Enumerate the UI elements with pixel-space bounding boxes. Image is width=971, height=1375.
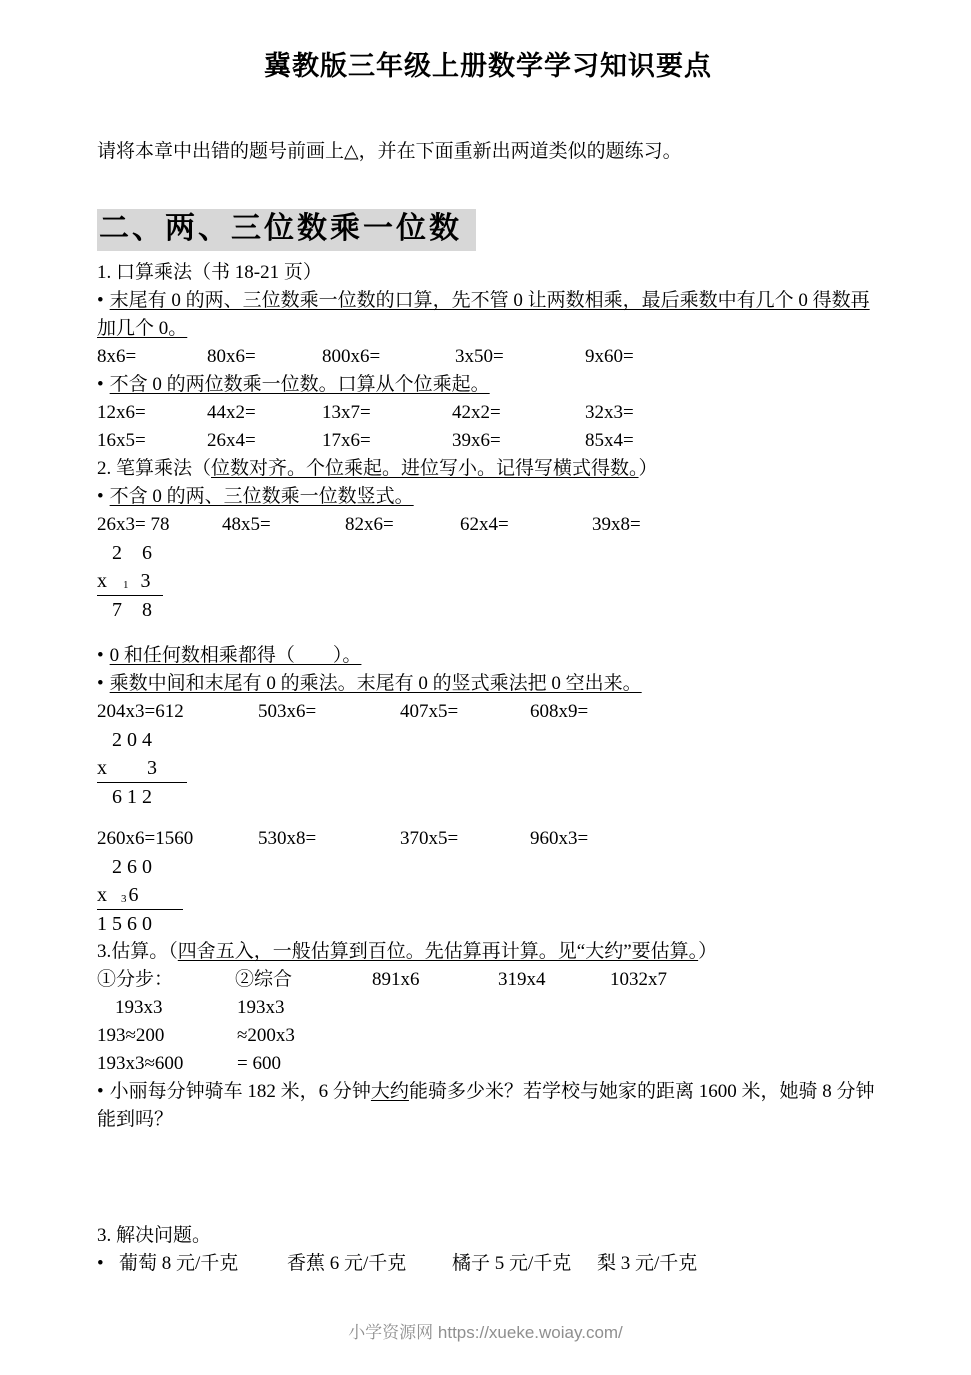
estimate-cell: 891x6 — [372, 966, 498, 994]
equation-cell: 407x5= — [400, 698, 530, 726]
equation-cell: 39x8= — [592, 511, 641, 539]
equation-cell: 44x2= — [207, 399, 322, 427]
estimate-cell: 1032x7 — [610, 966, 667, 994]
worksheet-page: 冀教版三年级上册数学学习知识要点 请将本章中出错的题号前画上△，并在下面重新出两… — [0, 0, 971, 1278]
estimate-cell: = 600 — [237, 1050, 281, 1078]
equation-cell: 42x2= — [452, 399, 585, 427]
estimate-header-row: ①分步： ②综合 891x6 319x4 1032x7 — [97, 966, 879, 994]
oral-equation-row-1: 8x6= 80x6= 800x6= 3x50= 9x60= — [97, 343, 879, 371]
oral-note-trailing-zeros-text: 末尾有 0 的两、三位数乘一位数的口算，先不管 0 让两数相乘，最后乘数中有几个… — [97, 290, 870, 339]
vert-multiplier-row: x3 — [97, 754, 187, 783]
fruit-price-item: 葡萄 8 元/千克 — [119, 1250, 287, 1278]
bullet-icon: • — [97, 673, 104, 694]
equation-cell: 260x6=1560 — [97, 825, 258, 853]
equation-cell: 48x5= — [222, 511, 345, 539]
oral-equation-row-2: 12x6= 44x2= 13x7= 42x2= 32x3= — [97, 399, 879, 427]
written-equation-row-2: 204x3=612 503x6= 407x5= 608x9= — [97, 698, 879, 726]
bullet-icon: • — [97, 290, 104, 311]
multiply-sign: x — [97, 754, 107, 782]
bullet-icon: • — [97, 1081, 104, 1102]
estimate-heading-suffix: ） — [698, 941, 717, 962]
written-heading-suffix: ） — [639, 458, 658, 479]
word-problem-pre: 小丽每分钟骑车 182 米，6 分钟 — [110, 1081, 371, 1102]
vert-multiplicand: 2 0 4 — [97, 726, 187, 754]
written-heading-rule: 位数对齐。个位乘起。进位写小。记得写横式得数。 — [211, 458, 639, 479]
estimate-cell: 193≈200 — [97, 1022, 237, 1050]
vert-multiplicand: 2 6 0 — [97, 853, 183, 881]
equation-cell: 26x4= — [207, 427, 322, 455]
carry-digit: 3 — [121, 889, 127, 909]
equation-cell: 32x3= — [585, 399, 634, 427]
equation-cell: 3x50= — [455, 343, 585, 371]
estimate-cell: ②综合 — [235, 966, 372, 994]
fruit-price-item: 香蕉 6 元/千克 — [287, 1250, 452, 1278]
oral-equation-row-3: 16x5= 26x4= 17x6= 39x6= 85x4= — [97, 427, 879, 455]
section-content: 1. 口算乘法（书 18-21 页） •末尾有 0 的两、三位数乘一位数的口算，… — [97, 259, 879, 1278]
fruit-price-row: • 葡萄 8 元/千克 香蕉 6 元/千克 橘子 5 元/千克 梨 3 元/千克 — [97, 1250, 879, 1278]
equation-cell: 370x5= — [400, 825, 530, 853]
written-note-vertical-text: 不含 0 的两、三位数乘一位数竖式。 — [110, 486, 414, 507]
estimate-cell: ①分步： — [97, 966, 235, 994]
equation-cell: 82x6= — [345, 511, 460, 539]
word-problem-underlined: 大约 — [371, 1081, 409, 1102]
equation-cell: 26x3= 78 — [97, 511, 222, 539]
equation-cell: 13x7= — [322, 399, 452, 427]
equation-cell: 62x4= — [460, 511, 592, 539]
equation-cell: 8x6= — [97, 343, 207, 371]
written-note-middle-zero-text: 乘数中间和末尾有 0 的乘法。末尾有 0 的竖式乘法把 0 空出来。 — [110, 673, 642, 694]
equation-cell: 17x6= — [322, 427, 452, 455]
vertical-multiplication-204x3: 2 0 4 x3 6 1 2 — [97, 726, 187, 811]
vert-multiplier: 3 — [141, 567, 151, 595]
vert-product: 6 1 2 — [97, 783, 187, 811]
written-heading-prefix: 2. 笔算乘法（ — [97, 458, 211, 479]
vert-product: 1 5 6 0 — [97, 910, 183, 938]
oral-note-no-zero: •不含 0 的两位数乘一位数。口算从个位乘起。 — [97, 371, 879, 399]
intro-text: 请将本章中出错的题号前画上△，并在下面重新出两道类似的题练习。 — [97, 138, 879, 166]
written-equation-row-3: 260x6=1560 530x8= 370x5= 960x3= — [97, 825, 879, 853]
vert-multiplier: 3 — [147, 754, 157, 782]
written-note-vertical: •不含 0 的两、三位数乘一位数竖式。 — [97, 483, 879, 511]
equation-cell: 800x6= — [322, 343, 455, 371]
multiply-sign: x — [97, 567, 107, 595]
estimate-heading-rule: 四舍五入，一般估算到百位。先估算再计算。见“大约”要估算。 — [178, 941, 698, 962]
written-heading: 2. 笔算乘法（位数对齐。个位乘起。进位写小。记得写横式得数。） — [97, 455, 879, 483]
equation-cell: 204x3=612 — [97, 698, 258, 726]
bullet-icon: • — [97, 1250, 113, 1278]
oral-note-no-zero-text: 不含 0 的两位数乘一位数。口算从个位乘起。 — [110, 374, 490, 395]
estimate-cell: 193x3 — [237, 994, 285, 1022]
estimate-cell: 193x3≈600 — [97, 1050, 237, 1078]
vertical-multiplication-260x6: 2 6 0 x36 1 5 6 0 — [97, 853, 183, 938]
fruit-price-item: 梨 3 元/千克 — [597, 1250, 697, 1278]
bullet-icon: • — [97, 486, 104, 507]
estimate-heading: 3.估算。（四舍五入，一般估算到百位。先估算再计算。见“大约”要估算。） — [97, 938, 879, 966]
equation-cell: 608x9= — [530, 698, 588, 726]
section-header: 二、两、三位数乘一位数 — [97, 209, 476, 251]
equation-cell: 9x60= — [585, 343, 634, 371]
equation-cell: 12x6= — [97, 399, 207, 427]
estimate-cell: 193x3 — [97, 994, 237, 1022]
footer-watermark: 小学资源网 https://xueke.woiay.com/ — [0, 1318, 971, 1343]
vert-product: 7 8 — [97, 596, 163, 624]
estimate-cell: 319x4 — [498, 966, 610, 994]
vert-multiplier-row: x13 — [97, 567, 163, 596]
written-equation-row-1: 26x3= 78 48x5= 82x6= 62x4= 39x8= — [97, 511, 879, 539]
estimate-heading-prefix: 3.估算。（ — [97, 941, 178, 962]
equation-cell: 39x6= — [452, 427, 585, 455]
vert-multiplicand: 2 6 — [97, 539, 163, 567]
equation-cell: 85x4= — [585, 427, 634, 455]
estimate-work-row-2: 193≈200 ≈200x3 — [97, 1022, 879, 1050]
equation-cell: 530x8= — [258, 825, 400, 853]
estimate-word-problem: •小丽每分钟骑车 182 米，6 分钟大约能骑多少米？若学校与她家的距离 160… — [97, 1078, 879, 1134]
multiply-sign: x — [97, 881, 107, 909]
fruit-price-item: 橘子 5 元/千克 — [452, 1250, 597, 1278]
estimate-cell: ≈200x3 — [237, 1022, 295, 1050]
equation-cell: 80x6= — [207, 343, 322, 371]
vertical-multiplication-26x3: 2 6 x13 7 8 — [97, 539, 163, 624]
written-note-middle-zero: •乘数中间和末尾有 0 的乘法。末尾有 0 的竖式乘法把 0 空出来。 — [97, 670, 879, 698]
bullet-icon: • — [97, 645, 104, 666]
carry-digit: 1 — [123, 575, 129, 595]
solve-heading: 3. 解决问题。 — [97, 1222, 879, 1250]
equation-cell: 503x6= — [258, 698, 400, 726]
vert-multiplier: 6 — [129, 881, 139, 909]
estimate-work-row-1: 193x3 193x3 — [97, 994, 879, 1022]
equation-cell: 960x3= — [530, 825, 588, 853]
oral-note-trailing-zeros: •末尾有 0 的两、三位数乘一位数的口算，先不管 0 让两数相乘，最后乘数中有几… — [97, 287, 879, 343]
bullet-icon: • — [97, 374, 104, 395]
vert-multiplier-row: x36 — [97, 881, 183, 910]
written-note-zero-product: •0 和任何数相乘都得（ ）。 — [97, 642, 879, 670]
oral-heading: 1. 口算乘法（书 18-21 页） — [97, 259, 879, 287]
doc-title: 冀教版三年级上册数学学习知识要点 — [97, 48, 879, 84]
estimate-work-row-3: 193x3≈600 = 600 — [97, 1050, 879, 1078]
equation-cell: 16x5= — [97, 427, 207, 455]
written-note-zero-product-text: 0 和任何数相乘都得（ ）。 — [110, 645, 362, 666]
